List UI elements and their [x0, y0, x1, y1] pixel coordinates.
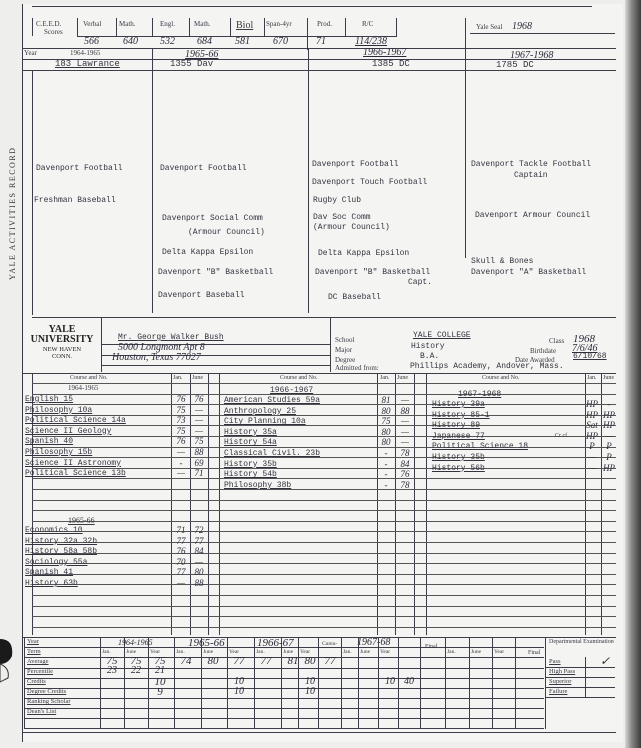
span-score: 670	[273, 36, 288, 47]
grade-jan: 76	[172, 546, 190, 556]
activity-item: Davenport Football	[160, 164, 246, 173]
grid-rule	[32, 478, 616, 479]
dept-exam-row-label: High Pass	[549, 668, 575, 675]
course-name: History 85-1	[432, 411, 490, 420]
term-label: Year	[494, 649, 504, 655]
course-name: English 15	[25, 395, 73, 404]
biol-score: 581	[235, 36, 250, 47]
grade-jan: HP	[583, 399, 601, 409]
summary-col-rule	[100, 637, 101, 729]
grade-june: 76	[396, 469, 414, 479]
grade-jan: 80	[377, 406, 395, 416]
course-name: Economics 10	[25, 526, 83, 535]
course-name: History 54b	[224, 470, 277, 479]
summary-col-rule	[358, 637, 359, 729]
grade-jan: —	[172, 578, 190, 588]
prod-score: 71	[316, 36, 326, 47]
summary-col-rule	[254, 637, 255, 729]
summary-value: 10	[298, 686, 322, 697]
grade-june: 84	[190, 546, 208, 556]
grade-jan: 76	[172, 394, 190, 404]
grade-jan: HP	[583, 410, 601, 420]
summary-rule	[24, 698, 544, 699]
activity-item: Captain	[514, 171, 548, 180]
degree-label: Degree	[335, 356, 355, 364]
admitted-label: Admitted from:	[335, 364, 379, 372]
course-name: History 39a	[432, 400, 485, 409]
summary-col-rule	[515, 637, 516, 729]
grid-rule	[32, 447, 616, 448]
grade-june: 88	[396, 406, 414, 416]
summary-row-label: Credits	[27, 678, 46, 685]
cumulative-label: Cumu-	[322, 641, 337, 647]
activity-item: Skull & Bones	[471, 257, 533, 266]
grade-june: 69	[190, 458, 208, 468]
grade-june: 71	[190, 468, 208, 478]
course-name: Philosophy 38b	[224, 481, 291, 490]
activity-item: Davenport "A" Basketball	[471, 268, 586, 277]
course-name: Spanish 41	[25, 568, 73, 577]
summary-year-1: 1964-1965	[118, 638, 153, 647]
course-name: City Planning 10a	[224, 417, 306, 426]
summary-value: 22	[124, 665, 148, 676]
grade-june: —	[396, 416, 414, 426]
activity-item: Delta Kappa Epsilon	[162, 248, 253, 257]
grade-june: 80	[190, 567, 208, 577]
activity-item: DC Baseball	[328, 293, 381, 302]
col3-year: 1967-1968	[458, 390, 501, 399]
term-label: June	[471, 649, 481, 655]
course-name: History 32a 32b	[25, 537, 97, 546]
ceeb-label: C.E.E.D.	[36, 20, 61, 28]
col2-year: 1966-1967	[270, 386, 313, 395]
grid-rule	[32, 531, 616, 532]
math-score: 640	[123, 36, 138, 47]
grade-june: —	[396, 427, 414, 437]
activity-item: Davenport "B" Basketball	[315, 268, 430, 277]
math-label: Math.	[119, 20, 136, 28]
prod-label: Prod.	[317, 20, 332, 28]
final-credits: 40	[398, 676, 420, 687]
summary-row-label: Average	[27, 658, 49, 665]
grid-rule	[32, 394, 616, 395]
grade-jan: 75	[172, 405, 190, 415]
class-label: Class	[549, 337, 564, 345]
grade-june: HP	[600, 463, 618, 473]
summary-value: 10	[227, 686, 251, 697]
col2-june-header: June	[397, 375, 408, 381]
course-name: Political Science 18	[432, 442, 528, 451]
engl-score: 532	[160, 36, 175, 47]
summary-value: 77	[254, 655, 278, 667]
col3-june-header: June	[603, 375, 614, 381]
biol-label: Biol	[236, 20, 253, 31]
activity-item: Delta Kappa Epsilon	[318, 249, 409, 258]
grade-jan: 70	[172, 557, 190, 567]
summary-value: 77	[227, 655, 251, 667]
col2-jan-header: Jan.	[380, 375, 390, 381]
grade-jan: -	[377, 480, 395, 490]
grade-june: P	[600, 452, 618, 462]
dept-exam-row-label: Superior	[549, 678, 571, 685]
course-name: History 35b	[432, 453, 485, 462]
activity-item: Davenport Football	[36, 164, 122, 173]
course-name: History 35b	[224, 460, 277, 469]
course-name: History 58a 58b	[25, 547, 97, 556]
grade-jan: 75	[172, 426, 190, 436]
year-1: 1964-1965	[70, 49, 100, 57]
summary-year-4: 1967-68	[357, 637, 390, 648]
summary-row-label: Year	[27, 638, 39, 645]
activity-item: Capt.	[408, 278, 432, 287]
grade-june: —	[190, 426, 208, 436]
course-name: Philosophy 10a	[25, 406, 92, 415]
rc-label: R/C	[362, 20, 373, 28]
summary-col-rule	[420, 637, 421, 729]
grade-jan: 80	[377, 437, 395, 447]
grade-jan: -	[172, 458, 190, 468]
summary-row-label: Degree Credits	[27, 688, 66, 695]
year-label: Year	[24, 49, 37, 57]
summary-value: 80	[201, 655, 225, 667]
yale-seal-label: Yale Seal	[476, 23, 502, 31]
activity-item: Davenport Football	[312, 160, 398, 169]
year-3: 1966-1967	[363, 47, 406, 58]
summary-rule	[24, 688, 544, 689]
activity-item: Davenport Tackle Football	[471, 160, 591, 169]
grade-jan: 77	[172, 567, 190, 577]
term-label: Jan.	[447, 649, 456, 655]
grid-rule	[32, 489, 616, 490]
grade-june: 84	[396, 459, 414, 469]
summary-col-rule	[281, 637, 282, 729]
residence-1: 183 Lawrance	[55, 59, 120, 69]
course-name: Japanese 77	[432, 432, 485, 441]
summary-rule	[24, 708, 544, 709]
university-label: UNIVERSITY	[26, 335, 98, 345]
grade-jan: 76	[172, 436, 190, 446]
grade-jan: Sat	[583, 420, 601, 430]
verbal-label: Verbal	[83, 20, 101, 28]
scores-label: Scores	[44, 28, 63, 36]
grade-jan: -	[377, 459, 395, 469]
grid-rule	[32, 574, 616, 575]
col1-june-header: June	[192, 375, 203, 381]
summary-year-3: 1966-67	[257, 637, 294, 649]
grid-rule	[32, 436, 616, 437]
summary-col-rule	[492, 637, 493, 729]
summary-row-label: Ranking Scholar	[27, 698, 71, 705]
summary-col-rule	[174, 637, 175, 729]
activity-item: Davenport Armour Council	[475, 211, 590, 220]
activity-item: Dav Soc Comm	[313, 213, 371, 222]
grade-june: HP	[600, 420, 618, 430]
activity-item: Davenport Touch Football	[312, 178, 427, 187]
grid-rule	[32, 521, 616, 522]
summary-rule	[24, 728, 544, 729]
course-note: Cr cf	[555, 433, 567, 439]
rc-score: 114/238	[355, 36, 387, 47]
course-name: American Studies 59a	[224, 396, 320, 405]
departmental-exam-title: Departmental Examination	[549, 639, 599, 646]
math2-label: Math.	[194, 20, 211, 28]
cumulative-average: 77	[318, 655, 342, 667]
summary-col-rule	[341, 637, 342, 729]
conn-label: CONN.	[26, 354, 98, 361]
residence-4: 1785 DC	[496, 60, 534, 70]
summary-value: 9	[148, 686, 172, 698]
grade-june: 75	[190, 436, 208, 446]
col1-year-b: 1965-66	[68, 516, 95, 525]
yale-seal-year: 1968	[512, 21, 532, 32]
activity-item: Rugby Club	[313, 196, 361, 205]
yale-university-block: YALE UNIVERSITY NEW HAVEN CONN.	[26, 325, 98, 360]
summary-value: 74	[174, 655, 198, 667]
term-label: Year	[380, 649, 390, 655]
summary-col-rule	[201, 637, 202, 729]
grade-june: —	[396, 437, 414, 447]
grade-june: 78	[396, 480, 414, 490]
grade-june: —	[190, 557, 208, 567]
summary-col-rule	[124, 637, 125, 729]
course-name: Science II Astronomy	[25, 459, 121, 468]
grid-rule	[32, 425, 616, 426]
dept-exam-row-label: Failure	[549, 688, 567, 695]
admitted-value: Phillips Academy, Andover, Mass.	[410, 362, 564, 371]
grid-rule	[32, 500, 616, 501]
summary-col-rule	[469, 637, 470, 729]
grid-rule	[32, 606, 616, 607]
grid-rule	[32, 542, 616, 543]
grade-june: P	[600, 441, 618, 451]
course-name: Classical Civil. 23b	[224, 449, 320, 458]
birthdate-label: Birthdate	[530, 347, 556, 355]
grade-jan: —	[172, 447, 190, 457]
student-address-line2: Houston, Texas 77027	[112, 352, 201, 363]
grade-june: -	[600, 399, 618, 409]
activity-item: Davenport "B" Basketball	[158, 268, 273, 277]
page-edge-shadow	[625, 0, 641, 748]
summary-value: 23	[100, 665, 124, 676]
degree-value: B.A.	[420, 352, 439, 361]
summary-row-label: Dean's List	[27, 708, 56, 715]
course-name: Science II Geology	[25, 427, 111, 436]
grade-june: —	[190, 415, 208, 425]
summary-row-label: Percentile	[27, 668, 53, 675]
grade-june: 88	[190, 447, 208, 457]
verbal-score: 566	[84, 36, 99, 47]
activity-item: (Armour Council)	[188, 228, 265, 237]
dept-col-rule	[585, 657, 586, 697]
course-name: History 54a	[224, 438, 277, 447]
activities-side-label: YALE ACTIVITIES RECORD	[8, 147, 17, 280]
term-label: June	[360, 649, 370, 655]
course-name: Political Science 13b	[25, 469, 126, 478]
grid-rule	[32, 627, 616, 628]
course-name: History 63b	[25, 579, 78, 588]
school-label: School	[335, 336, 354, 344]
grid-rule	[32, 563, 616, 564]
grade-jan: HP	[583, 431, 601, 441]
summary-col-rule	[445, 637, 446, 729]
grade-jan: 81	[377, 395, 395, 405]
grade-jan: 71	[172, 525, 190, 535]
grid-rule	[32, 404, 616, 405]
grade-june: HP	[600, 410, 618, 420]
grid-rule	[32, 510, 616, 511]
final-label: Final	[425, 644, 437, 650]
summary-rule	[24, 718, 544, 719]
col3-course-header: Course and No.	[482, 375, 520, 381]
grid-rule	[32, 584, 616, 585]
summary-col-rule	[24, 637, 25, 729]
grade-june: 76	[190, 394, 208, 404]
final-label-2: Final	[528, 650, 540, 656]
col1-year-a: 1964-1965	[68, 384, 98, 392]
grid-rule	[32, 553, 616, 554]
grade-jan: 73	[172, 415, 190, 425]
grid-rule	[32, 616, 616, 617]
grade-june: —	[190, 405, 208, 415]
grade-june: 72	[190, 525, 208, 535]
course-name: Sociology 55a	[25, 558, 87, 567]
course-name: History 56b	[432, 464, 485, 473]
activity-item: Freshman Baseball	[34, 196, 116, 205]
dept-exam-row-label: Pass	[549, 658, 561, 665]
grid-rule	[32, 383, 616, 384]
course-name: History 89	[432, 421, 480, 430]
col1-jan-header: Jan.	[173, 375, 183, 381]
span-label: Span-4yr	[266, 20, 292, 28]
date-awarded-value: 6/10/68	[573, 352, 607, 361]
engl-label: Engl.	[160, 20, 175, 28]
partial-figure-icon	[0, 634, 22, 684]
major-value: History	[411, 342, 445, 351]
summary-year-2: 1965-66	[188, 637, 225, 649]
course-name: Political Science 14a	[25, 416, 126, 425]
grade-june: —	[396, 395, 414, 405]
summary-col-rule	[545, 637, 546, 729]
grade-jan: —	[583, 463, 601, 473]
student-name: Mr. George Walker Bush	[118, 333, 224, 342]
activity-item: Davenport Baseball	[158, 291, 244, 300]
grade-june: —	[600, 431, 618, 441]
residence-3: 1385 DC	[372, 59, 410, 69]
major-label: Major	[335, 346, 352, 354]
grade-jan: P	[583, 441, 601, 451]
grade-june: 78	[396, 448, 414, 458]
course-name: Philosophy 15b	[25, 448, 92, 457]
grade-jan: 77	[172, 536, 190, 546]
grade-june: 88	[190, 578, 208, 588]
school-value: YALE COLLEGE	[413, 331, 471, 340]
col3-jan-header: Jan.	[587, 375, 597, 381]
grid-rule	[32, 595, 616, 596]
residence-2: 1355 Dav	[170, 59, 213, 69]
summary-value: 21	[148, 665, 172, 676]
activity-item: Davenport Social Comm	[162, 214, 263, 223]
course-name: Spanish 40	[25, 437, 73, 446]
grade-jan: —	[583, 452, 601, 462]
summary-rule	[24, 678, 544, 679]
grade-jan: 75	[377, 416, 395, 426]
col1-course-header: Course and No.	[70, 375, 108, 381]
col2-course-header: Course and No.	[280, 375, 318, 381]
grade-jan: 80	[377, 427, 395, 437]
term-label: Jan.	[343, 649, 352, 655]
grade-jan: -	[377, 448, 395, 458]
summary-row-label: Term	[27, 648, 41, 655]
course-name: Anthropology 25	[224, 407, 296, 416]
math2-score: 684	[197, 36, 212, 47]
grade-jan: —	[172, 468, 190, 478]
dept-rule	[545, 697, 615, 698]
activity-item: (Armour Council)	[313, 223, 390, 232]
course-name: History 35a	[224, 428, 277, 437]
grade-june: 77	[190, 536, 208, 546]
grade-jan: -	[377, 469, 395, 479]
